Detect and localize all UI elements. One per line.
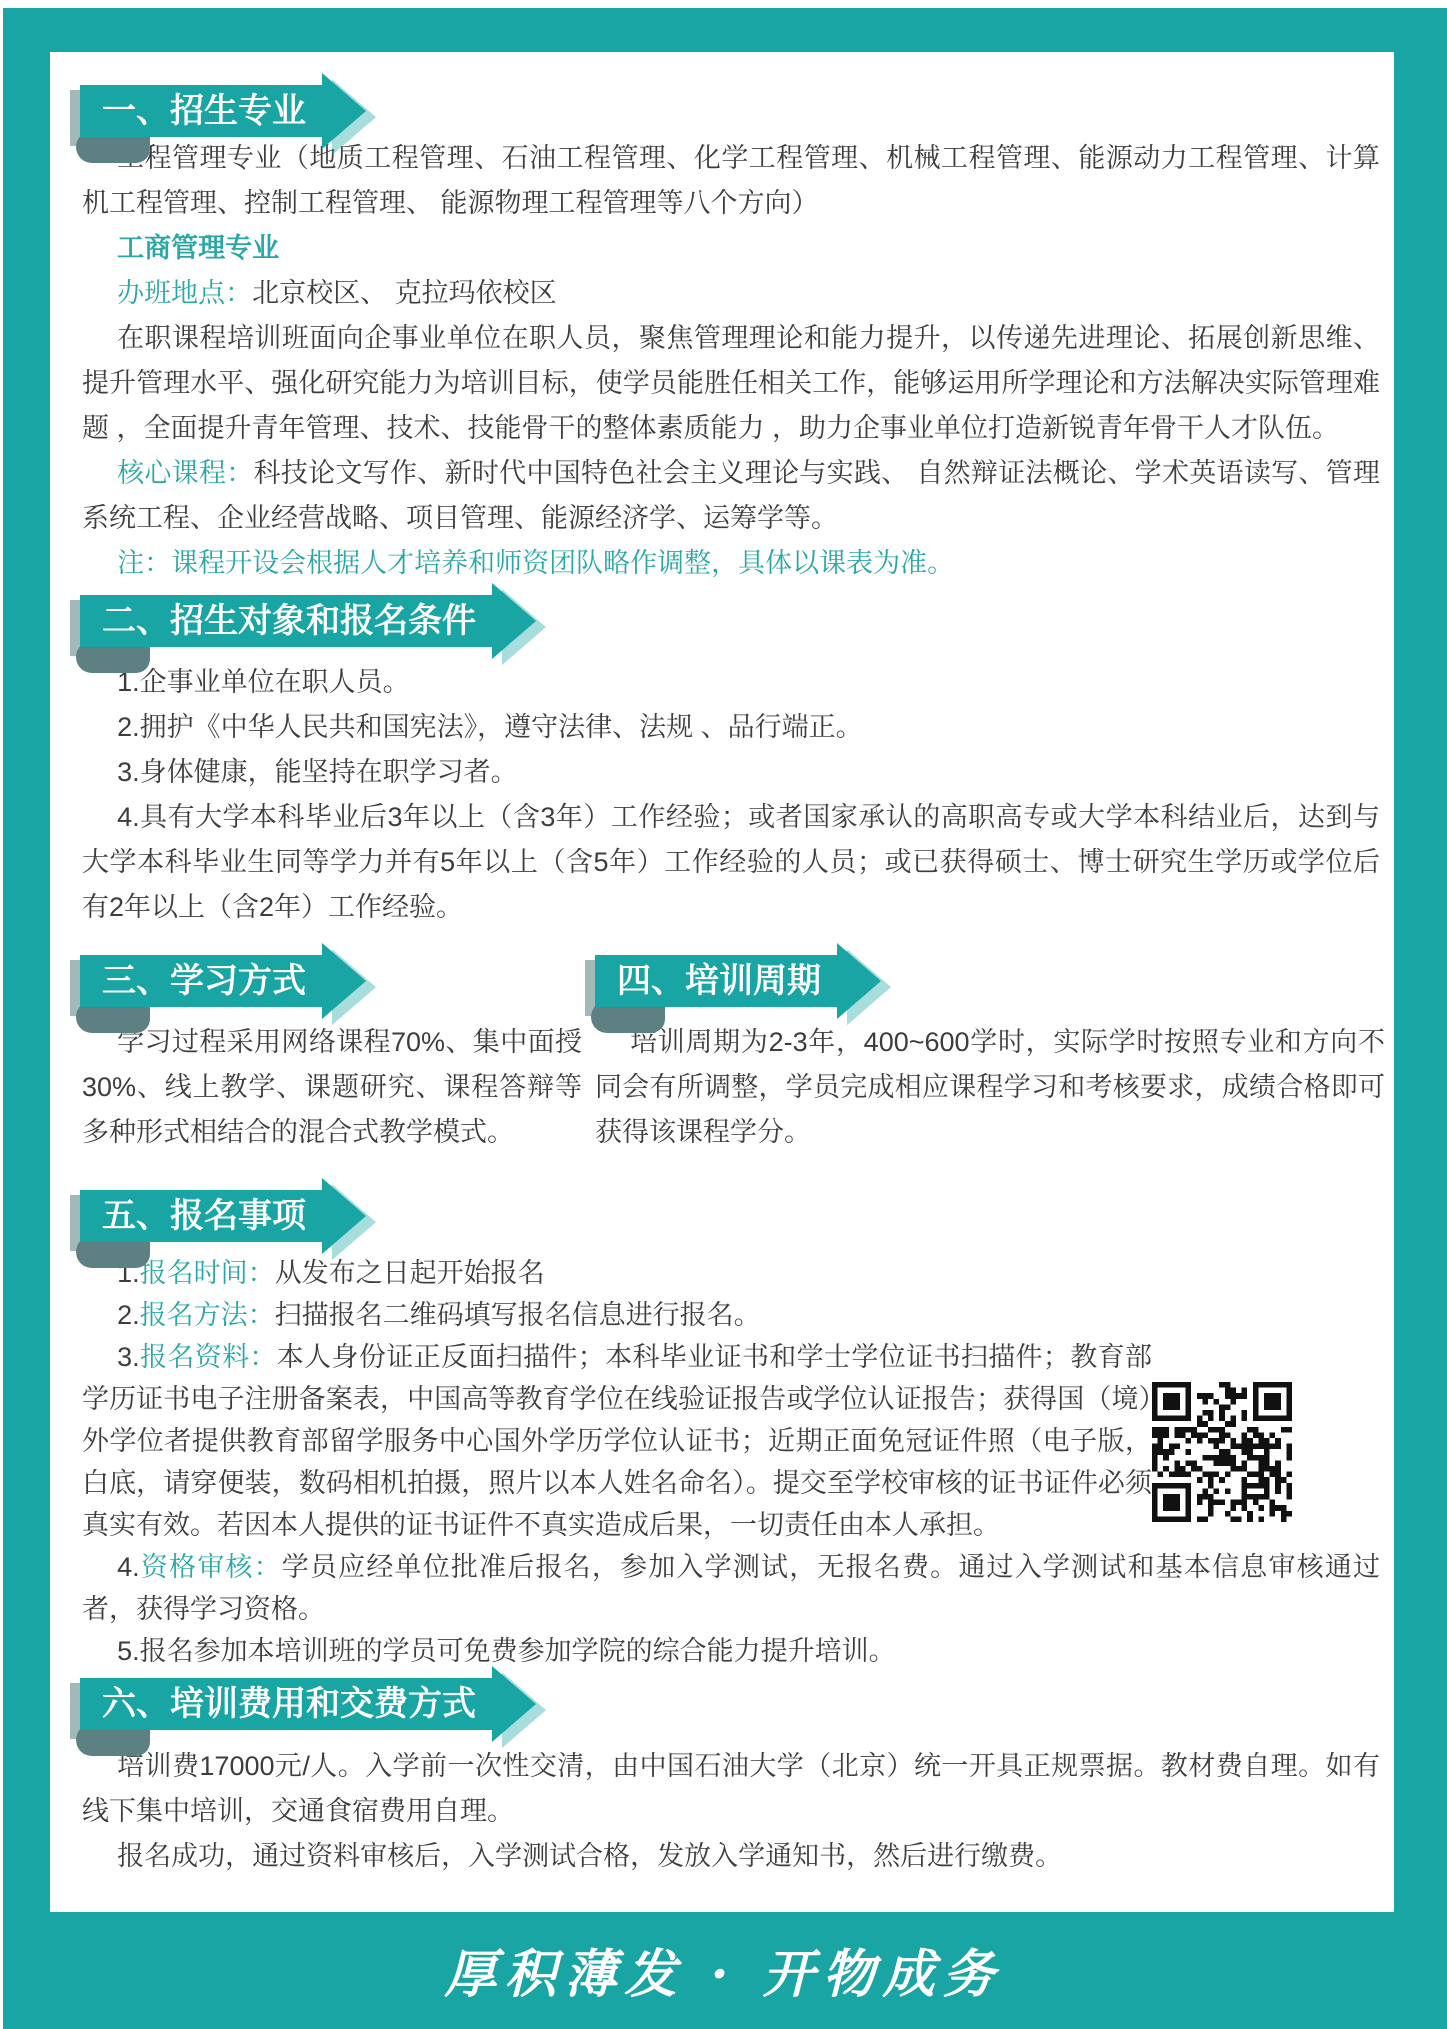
- section5-body: 1.报名时间：从发布之日起开始报名 2.报名方法：扫描报名二维码填写报名信息进行…: [82, 1252, 1380, 1672]
- registration-qr-code: [1152, 1382, 1380, 1522]
- core-courses-line: 核心课程：科技论文写作、新时代中国特色社会主义理论与实践、 自然辩证法概论、学术…: [82, 451, 1380, 541]
- section4-header: 四、培训周期: [595, 955, 837, 1011]
- section3-title-banner: 三、学习方式: [80, 955, 322, 1007]
- section5-header: 五、报名事项: [80, 1190, 322, 1246]
- campus-line: 办班地点：北京校区、 克拉玛依校区: [82, 271, 1380, 316]
- section4-body: 培训周期为2-3年，400~600学时，实际学时按照专业和方向不同会有所调整，学…: [595, 1020, 1385, 1155]
- registration-method-label: 报名方法：: [140, 1300, 275, 1330]
- program-intro-paragraph: 在职课程培训班面向企事业单位在职人员，聚焦管理理论和能力提升，以传递先进理论、拓…: [82, 316, 1380, 451]
- section1-body: 工程管理专业（地质工程管理、石油工程管理、化学工程管理、机械工程管理、能源动力工…: [82, 136, 1380, 586]
- registration-method-value: 扫描报名二维码填写报名信息进行报名。: [275, 1300, 761, 1330]
- item-number: 4.: [117, 1552, 140, 1582]
- registration-time-line: 1.报名时间：从发布之日起开始报名: [82, 1252, 1380, 1294]
- campus-label: 办班地点：: [117, 278, 252, 308]
- registration-materials-label: 报名资料：: [140, 1342, 277, 1372]
- section5-title-banner: 五、报名事项: [80, 1190, 322, 1242]
- section2-header: 二、招生对象和报名条件: [80, 595, 492, 651]
- payment-flow-paragraph: 报名成功，通过资料审核后，入学测试合格，发放入学通知书，然后进行缴费。: [82, 1834, 1380, 1879]
- section3-body: 学习过程采用网络课程70%、集中面授30%、线上教学、课题研究、课程答辩等多种形…: [82, 1020, 582, 1155]
- qualification-review-label: 资格审核：: [140, 1552, 282, 1582]
- section1-title-banner: 一、招生专业: [80, 85, 322, 137]
- section1-title: 一、招生专业: [102, 92, 306, 130]
- qualification-review-line: 4.资格审核：学员应经单位批准后报名，参加入学测试，无报名费。通过入学测试和基本…: [82, 1546, 1380, 1630]
- section6-title: 六、培训费用和交费方式: [102, 1685, 476, 1723]
- qr-float-area: [1152, 1340, 1380, 1510]
- core-courses-value: 科技论文写作、新时代中国特色社会主义理论与实践、 自然辩证法概论、学术英语读写、…: [82, 458, 1380, 533]
- condition-item: 3.身体健康，能坚持在职学习者。: [82, 750, 1380, 795]
- course-note: 注：课程开设会根据人才培养和师资团队略作调整，具体以课表为准。: [82, 541, 1380, 586]
- footer-motto: 厚积薄发 · 开物成务: [0, 1932, 1447, 2007]
- section2-title: 二、招生对象和报名条件: [102, 602, 476, 640]
- section4-title-banner: 四、培训周期: [595, 955, 837, 1007]
- item-number: 2.: [117, 1300, 140, 1330]
- registration-materials-paragraph: 3.报名资料：本人身份证正反面扫描件；本科毕业证书和学士学位证书扫描件；教育部学…: [82, 1336, 1380, 1546]
- item-number: 3.: [117, 1342, 140, 1372]
- campus-value: 北京校区、 克拉玛依校区: [252, 278, 557, 308]
- section6-title-banner: 六、培训费用和交费方式: [80, 1678, 492, 1730]
- majors-paragraph: 工程管理专业（地质工程管理、石油工程管理、化学工程管理、机械工程管理、能源动力工…: [82, 136, 1380, 226]
- core-courses-label: 核心课程：: [117, 458, 253, 488]
- condition-item: 4.具有大学本科毕业后3年以上（含3年）工作经验；或者国家承认的高职高专或大学本…: [82, 795, 1380, 930]
- registration-time-label: 报名时间：: [140, 1258, 275, 1288]
- free-training-line: 5.报名参加本培训班的学员可免费参加学院的综合能力提升培训。: [82, 1630, 1380, 1672]
- business-major-line: 工商管理专业: [82, 226, 1380, 271]
- section6-header: 六、培训费用和交费方式: [80, 1678, 492, 1734]
- content-card: 一、招生专业 工程管理专业（地质工程管理、石油工程管理、化学工程管理、机械工程管…: [50, 52, 1394, 1912]
- section5-title: 五、报名事项: [102, 1197, 306, 1235]
- free-training-value: 报名参加本培训班的学员可免费参加学院的综合能力提升培训。: [140, 1636, 896, 1666]
- section2-body: 1.企事业单位在职人员。 2.拥护《中华人民共和国宪法》，遵守法律、法规 、品行…: [82, 660, 1380, 930]
- section3-header: 三、学习方式: [80, 955, 322, 1011]
- condition-item: 1.企事业单位在职人员。: [82, 660, 1380, 705]
- registration-method-line: 2.报名方法：扫描报名二维码填写报名信息进行报名。: [82, 1294, 1380, 1336]
- item-number: 5.: [117, 1636, 140, 1666]
- training-period-paragraph: 培训周期为2-3年，400~600学时，实际学时按照专业和方向不同会有所调整，学…: [595, 1020, 1385, 1155]
- section1-header: 一、招生专业: [80, 85, 322, 141]
- registration-time-value: 从发布之日起开始报名: [275, 1258, 545, 1288]
- section3-title: 三、学习方式: [102, 962, 306, 1000]
- tuition-paragraph: 培训费17000元/人。入学前一次性交清，由中国石油大学（北京）统一开具正规票据…: [82, 1744, 1380, 1834]
- condition-item: 2.拥护《中华人民共和国宪法》，遵守法律、法规 、品行端正。: [82, 705, 1380, 750]
- section6-body: 培训费17000元/人。入学前一次性交清，由中国石油大学（北京）统一开具正规票据…: [82, 1744, 1380, 1879]
- section4-title: 四、培训周期: [617, 962, 821, 1000]
- section2-title-banner: 二、招生对象和报名条件: [80, 595, 492, 647]
- study-mode-paragraph: 学习过程采用网络课程70%、集中面授30%、线上教学、课题研究、课程答辩等多种形…: [82, 1020, 582, 1155]
